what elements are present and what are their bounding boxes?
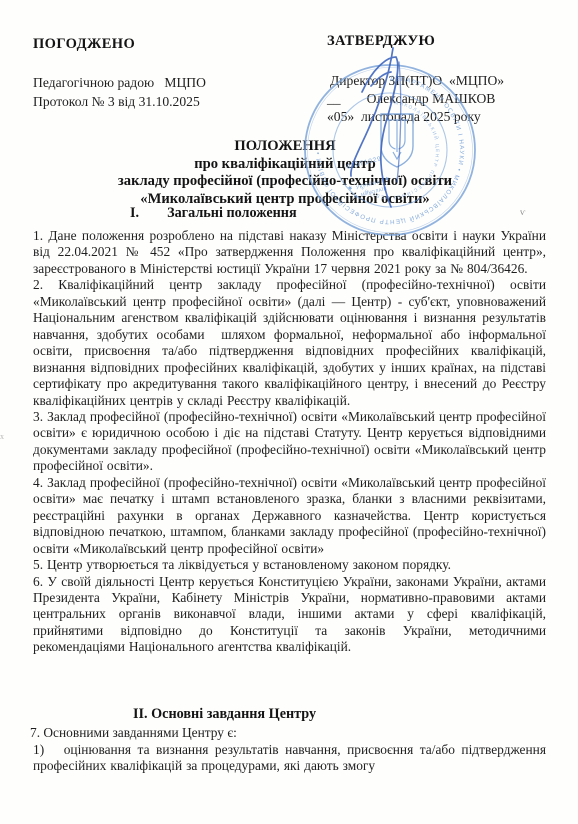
document-page: ПОГОДЖЕНО Педагогічною радою МЦПО Проток… bbox=[0, 0, 578, 824]
paragraph-1: 1. Дане положення розроблено на підставі… bbox=[33, 228, 546, 277]
paragraph-3: 3. Заклад професійної (професійно-техніч… bbox=[33, 409, 546, 475]
section-heading-2: II. Основні завдання Центру bbox=[133, 706, 316, 723]
title-line-2: про кваліфікаційний центр bbox=[20, 156, 550, 174]
agreed-protocol-line: Протокол № 3 від 31.10.2025 bbox=[33, 94, 200, 110]
agreed-body-line: Педагогічною радою МЦПО bbox=[33, 75, 206, 91]
subitem-1: 1) оцінювання та визнання результатів на… bbox=[33, 742, 546, 775]
approved-label: ЗАТВЕРДЖУЮ bbox=[327, 33, 435, 50]
section-heading-1: I.Загальні положення bbox=[130, 205, 297, 222]
section-1-numeral: I. bbox=[130, 205, 139, 221]
approval-date-line: «05» листопада 2025 року bbox=[327, 109, 481, 125]
signature-placeholder: __ bbox=[327, 91, 341, 106]
director-position-line: Директор ЗП(ПТ)О «МЦПО» bbox=[330, 73, 504, 89]
paragraph-7: 7. Основними завданнями Центру є: bbox=[30, 725, 237, 741]
document-title: ПОЛОЖЕННЯ про кваліфікаційний центр закл… bbox=[20, 138, 550, 208]
paragraph-2: 2. Кваліфікаційний центр закладу професі… bbox=[33, 277, 546, 409]
body-text: 1. Дане положення розроблено на підставі… bbox=[33, 228, 546, 656]
signer-name: Олександр МАШКОВ bbox=[367, 91, 496, 106]
title-line-3: закладу професійної (професійно-технічно… bbox=[20, 173, 550, 191]
scan-artifact-edge-mark: х bbox=[0, 432, 4, 441]
paragraph-4: 4. Заклад професійної (професійно-техніч… bbox=[33, 475, 546, 557]
agreed-label: ПОГОДЖЕНО bbox=[33, 36, 135, 53]
section-1-title: Загальні положення bbox=[167, 205, 297, 221]
title-line-1: ПОЛОЖЕННЯ bbox=[20, 138, 550, 156]
scan-artifact-mark: ѵ bbox=[520, 207, 525, 217]
paragraph-6: 6. У своїй діяльності Центр керується Ко… bbox=[33, 574, 546, 656]
paragraph-5: 5. Центр утворюється та ліквідується у в… bbox=[33, 557, 546, 573]
signature-line: __Олександр МАШКОВ bbox=[327, 91, 495, 107]
